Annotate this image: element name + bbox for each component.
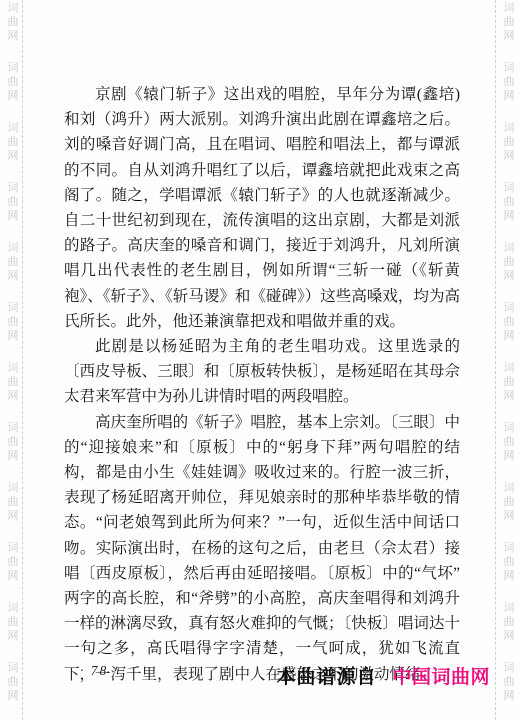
watermark-char: 曲 [8, 76, 19, 87]
watermark-group: 词曲网 [5, 360, 21, 420]
paragraph: 此剧是以杨延昭为主角的老生唱功戏。这里选录的〔西皮导板、三眼〕和〔原板转快板〕，… [64, 334, 460, 410]
watermark-char: 词 [8, 602, 19, 613]
watermark-group: 词曲网 [501, 540, 517, 600]
watermark-char: 词 [504, 422, 515, 433]
watermark-char: 词 [504, 542, 515, 553]
watermark-group: 词曲网 [5, 60, 21, 120]
watermark-group: 词曲网 [5, 540, 21, 600]
watermark-char: 词 [504, 242, 515, 253]
watermark-char: 网 [504, 90, 515, 101]
watermark-char: 网 [504, 330, 515, 341]
watermark-group: 词曲网 [5, 660, 21, 720]
margin-dashed-rule-right [495, 0, 496, 720]
watermark-char: 网 [8, 450, 19, 461]
watermark-char: 曲 [504, 676, 515, 687]
watermark-char: 网 [8, 390, 19, 401]
watermark-group: 词曲网 [501, 60, 517, 120]
watermark-char: 曲 [504, 256, 515, 267]
watermark-char: 词 [8, 362, 19, 373]
watermark-char: 网 [504, 690, 515, 701]
watermark-char: 网 [8, 30, 19, 41]
watermark-char: 词 [504, 362, 515, 373]
page-number: · 78 · [80, 663, 119, 679]
watermark-group: 词曲网 [501, 420, 517, 480]
watermark-group: 词曲网 [501, 0, 517, 60]
watermark-char: 曲 [8, 616, 19, 627]
watermark-char: 词 [504, 2, 515, 13]
watermark-group: 词曲网 [5, 0, 21, 60]
watermark-char: 网 [504, 570, 515, 581]
source-attribution: 本曲谱源自中国词曲网 [276, 666, 490, 690]
watermark-group: 词曲网 [5, 300, 21, 360]
watermark-char: 曲 [504, 376, 515, 387]
watermark-column-left: 词曲网词曲网词曲网词曲网词曲网词曲网词曲网词曲网词曲网词曲网词曲网词曲网 [5, 0, 21, 720]
watermark-char: 曲 [504, 436, 515, 447]
watermark-char: 曲 [8, 496, 19, 507]
watermark-char: 曲 [8, 376, 19, 387]
watermark-char: 词 [504, 182, 515, 193]
watermark-char: 网 [8, 330, 19, 341]
watermark-group: 词曲网 [5, 600, 21, 660]
watermark-group: 词曲网 [501, 480, 517, 540]
watermark-char: 网 [8, 510, 19, 521]
watermark-char: 词 [504, 662, 515, 673]
paragraph: 高庆奎所唱的《斩子》唱腔，基本上宗刘。〔三眼〕中的“迎接娘来”和〔原板〕中的“躬… [64, 410, 460, 687]
watermark-char: 曲 [8, 196, 19, 207]
watermark-char: 曲 [8, 436, 19, 447]
watermark-group: 词曲网 [501, 240, 517, 300]
watermark-char: 网 [504, 450, 515, 461]
watermark-char: 曲 [504, 496, 515, 507]
watermark-char: 词 [8, 422, 19, 433]
watermark-group: 词曲网 [501, 360, 517, 420]
watermark-char: 曲 [8, 676, 19, 687]
watermark-char: 词 [8, 302, 19, 313]
watermark-char: 词 [504, 122, 515, 133]
watermark-char: 网 [504, 270, 515, 281]
watermark-char: 曲 [504, 16, 515, 27]
watermark-group: 词曲网 [5, 240, 21, 300]
watermark-char: 词 [504, 302, 515, 313]
watermark-char: 曲 [504, 196, 515, 207]
watermark-group: 词曲网 [5, 180, 21, 240]
watermark-group: 词曲网 [501, 120, 517, 180]
watermark-group: 词曲网 [501, 300, 517, 360]
watermark-char: 曲 [8, 16, 19, 27]
watermark-char: 词 [8, 62, 19, 73]
watermark-char: 网 [8, 270, 19, 281]
book-page: 词曲网词曲网词曲网词曲网词曲网词曲网词曲网词曲网词曲网词曲网词曲网词曲网 京剧《… [0, 0, 520, 720]
watermark-char: 网 [8, 570, 19, 581]
source-label: 本曲谱源自 [276, 667, 376, 688]
watermark-char: 曲 [8, 256, 19, 267]
watermark-char: 网 [8, 210, 19, 221]
watermark-char: 网 [8, 150, 19, 161]
watermark-column-right: 词曲网词曲网词曲网词曲网词曲网词曲网词曲网词曲网词曲网词曲网词曲网词曲网 [501, 0, 517, 720]
watermark-char: 词 [8, 182, 19, 193]
watermark-char: 词 [8, 482, 19, 493]
watermark-char: 词 [8, 2, 19, 13]
brand-name: 中国词曲网 [392, 667, 490, 688]
margin-dashed-rule-left [22, 0, 23, 720]
watermark-char: 曲 [8, 136, 19, 147]
watermark-char: 曲 [504, 76, 515, 87]
watermark-char: 网 [504, 30, 515, 41]
watermark-char: 词 [8, 542, 19, 553]
watermark-char: 曲 [504, 556, 515, 567]
watermark-char: 词 [504, 602, 515, 613]
watermark-char: 网 [8, 630, 19, 641]
watermark-char: 词 [504, 482, 515, 493]
watermark-group: 词曲网 [5, 420, 21, 480]
watermark-group: 词曲网 [501, 180, 517, 240]
watermark-char: 网 [504, 210, 515, 221]
watermark-char: 词 [8, 242, 19, 253]
watermark-char: 曲 [504, 616, 515, 627]
watermark-char: 网 [8, 90, 19, 101]
body-text: 京剧《辕门斩子》这出戏的唱腔，早年分为谭(鑫培)和刘（鸿升）两大派别。刘鸿升演出… [64, 82, 460, 687]
watermark-group: 词曲网 [501, 660, 517, 720]
watermark-char: 网 [504, 510, 515, 521]
paragraph: 京剧《辕门斩子》这出戏的唱腔，早年分为谭(鑫培)和刘（鸿升）两大派别。刘鸿升演出… [64, 82, 460, 334]
watermark-group: 词曲网 [501, 600, 517, 660]
watermark-char: 网 [504, 150, 515, 161]
watermark-char: 曲 [8, 316, 19, 327]
watermark-char: 词 [8, 662, 19, 673]
watermark-char: 网 [504, 630, 515, 641]
watermark-char: 曲 [504, 136, 515, 147]
watermark-char: 网 [8, 690, 19, 701]
watermark-group: 词曲网 [5, 120, 21, 180]
watermark-char: 曲 [504, 316, 515, 327]
watermark-char: 曲 [8, 556, 19, 567]
watermark-char: 词 [504, 62, 515, 73]
watermark-char: 词 [8, 122, 19, 133]
watermark-group: 词曲网 [5, 480, 21, 540]
watermark-char: 网 [504, 390, 515, 401]
